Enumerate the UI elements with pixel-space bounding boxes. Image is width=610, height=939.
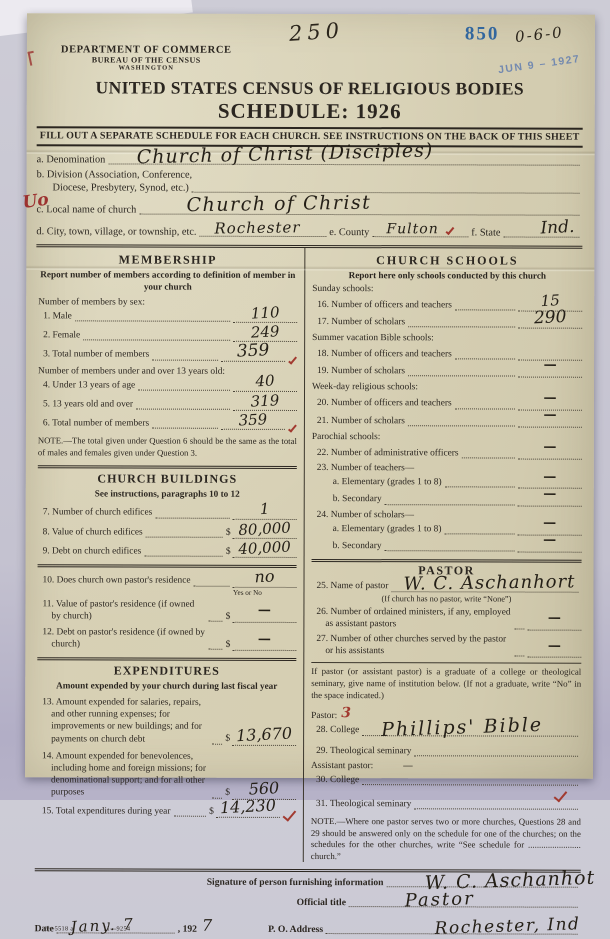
buildings-subtitle: See instructions, paragraphs 10 to 12 <box>38 488 297 500</box>
handwritten-code: 0-6-0 <box>514 23 564 46</box>
q9-answer: 40,000 <box>233 547 297 558</box>
q3-answer: 359 <box>221 350 285 361</box>
red-margin-tick <box>28 51 37 66</box>
q3-row: 3. Total number of members 359 <box>38 349 297 362</box>
census-form-page: Uo 250 850 0-6-0 DEPARTMENT OF COMMERCE … <box>25 13 595 778</box>
yes-no-hint: Yes or No <box>215 588 279 596</box>
q18-row: 18. Number of officers and teachers <box>312 348 582 361</box>
q26-row: 26. Number of ordained ministers, if any… <box>311 606 581 631</box>
agency-line: BUREAU OF THE CENSUS <box>61 55 232 64</box>
expenditures-title: EXPENDITURES <box>37 664 296 680</box>
date-received-stamp: JUN 9 – 1927 <box>498 53 582 76</box>
q6-row: 6. Total number of members 359 <box>38 417 297 430</box>
q24a-row: a. Elementary (grades 1 to 8) — <box>312 523 582 536</box>
q9-row: 9. Debt on church edifices $ 40,000 <box>38 545 297 558</box>
q6-answer: 359 <box>221 419 285 430</box>
agency-line: DEPARTMENT OF COMMERCE <box>61 44 232 55</box>
schools-group-heading: Summer vacation Bible schools: <box>312 333 582 344</box>
membership-title: MEMBERSHIP <box>38 252 297 268</box>
red-check-icon <box>288 355 297 364</box>
q19-row: 19. Number of scholars — <box>312 365 582 378</box>
q22-answer: — <box>518 449 582 460</box>
field-label: Diocese, Presbytery, Synod, etc.) <box>37 182 189 193</box>
q30-row: 30. College <box>311 774 581 787</box>
membership-note: NOTE.—The total given under Question 6 s… <box>38 436 297 459</box>
form-subtitle: SCHEDULE: 1926 <box>37 98 583 124</box>
section-divider <box>37 658 296 662</box>
q24b-row: b. Secondary — <box>312 540 582 553</box>
field-city-county-state: d. City, town, village, or township, etc… <box>36 226 582 238</box>
q26-answer: — <box>527 620 581 631</box>
red-annotation-number: 3 <box>341 704 351 722</box>
field-label: b. Division (Association, Conference, <box>37 169 193 180</box>
red-check-icon <box>446 226 455 235</box>
section-divider <box>38 465 297 469</box>
printed-serial-number: 850 <box>465 23 500 45</box>
schools-group-heading: Week-day religious schools: <box>312 382 582 393</box>
q11-row: 11. Value of pastor's residence (if owne… <box>37 598 296 623</box>
q14-row: 14. Amount expended for benevolences, in… <box>37 750 296 800</box>
q24-row: 24. Number of scholars— <box>312 509 582 522</box>
left-column: MEMBERSHIP Report number of members acco… <box>35 247 306 800</box>
buildings-title: CHURCH BUILDINGS <box>38 471 297 487</box>
q4-row: 4. Under 13 years of age 40 <box>38 379 297 392</box>
q7-row: 7. Number of church edifices 1 <box>38 507 297 520</box>
q10-answer: no <box>232 576 296 587</box>
q17-row: 17. Number of scholars 290 <box>312 316 582 329</box>
q29-row: 29. Theological seminary <box>311 745 581 758</box>
field-label: a. Denomination <box>37 154 106 165</box>
form-body-columns: MEMBERSHIP Report number of members acco… <box>35 244 583 800</box>
city-value: Rochester <box>214 218 300 237</box>
section-divider <box>311 662 581 664</box>
right-column: CHURCH SCHOOLS Report here only schools … <box>304 248 583 800</box>
local-name-value: Church of Christ <box>186 192 371 217</box>
field-label: c. Local name of church <box>36 204 136 215</box>
q17-answer: 290 <box>518 317 582 328</box>
q12-row: 12. Debt on pastor's residence (if owned… <box>37 626 296 651</box>
agency-line: WASHINGTON <box>61 64 232 71</box>
q27-answer: — <box>527 647 581 658</box>
q23b-row: b. Secondary — <box>312 493 582 506</box>
expenditures-subtitle: Amount expended by your church during la… <box>37 681 296 693</box>
state-value: Ind. <box>540 217 575 239</box>
q5-row: 5. 13 years old and over 319 <box>38 398 297 411</box>
q21-answer: — <box>518 416 582 427</box>
q22-row: 22. Number of administrative officers — <box>312 447 582 460</box>
q19-answer: — <box>518 367 582 378</box>
form-title: UNITED STATES CENSUS OF RELIGIOUS BODIES <box>37 77 583 99</box>
q13-row: 13. Amount expended for salaries, repair… <box>37 696 296 746</box>
schools-title: CHURCH SCHOOLS <box>312 253 582 269</box>
q28-row: 28. College Phillips' Bible <box>311 724 581 737</box>
q23b-answer: — <box>518 495 582 506</box>
form-header: 250 850 0-6-0 DEPARTMENT OF COMMERCE BUR… <box>37 17 583 144</box>
field-division: b. Division (Association, Conference, <box>37 169 583 181</box>
graduate-paragraph: If pastor (or assistant pastor) is a gra… <box>311 666 581 701</box>
field-label: e. County <box>329 227 369 238</box>
q21-row: 21. Number of scholars — <box>312 415 582 428</box>
assistant-pastor-heading: Assistant pastor: — <box>311 760 581 773</box>
q27-row: 27. Number of other churches served by t… <box>311 633 581 658</box>
q4-answer: 40 <box>233 381 297 392</box>
agency-block: DEPARTMENT OF COMMERCE BUREAU OF THE CEN… <box>61 44 232 71</box>
field-local-name: c. Local name of church Church of Christ <box>36 204 582 216</box>
field-label: f. State <box>471 227 500 238</box>
field-denomination: a. Denomination Church of Christ (Discip… <box>37 154 583 166</box>
college-value: Phillips' Bible <box>381 713 544 743</box>
q10-row: 10. Does church own pastor's residence n… <box>37 575 296 588</box>
q8-row: 8. Value of church edifices $ 80,000 <box>38 526 297 539</box>
q12-answer: — <box>232 640 296 651</box>
q11-answer: — <box>232 612 296 623</box>
county-value: Fulton <box>386 221 438 237</box>
q1-answer: 110 <box>233 312 297 323</box>
schools-subtitle: Report here only schools conducted by th… <box>312 270 582 282</box>
handwritten-number: 250 <box>288 18 345 46</box>
pastor-name-value: W. C. Aschanhort <box>403 570 575 596</box>
membership-subtitle: Report number of members according to de… <box>38 269 297 293</box>
field-label: d. City, town, village, or township, etc… <box>36 226 196 237</box>
q13-answer: 13,670 <box>232 735 296 746</box>
q23a-row: a. Elementary (grades 1 to 8) — <box>312 476 582 489</box>
red-check-icon <box>288 424 297 433</box>
q1-row: 1. Male 110 <box>38 310 297 323</box>
q24b-answer: — <box>518 542 582 553</box>
schools-group-heading: Parochial schools: <box>312 432 582 443</box>
q25-row: 25. Name of pastor W. C. Aschanhort <box>311 580 581 593</box>
q20-row: 20. Number of officers and teachers — <box>312 397 582 410</box>
q23-row: 23. Number of teachers— <box>312 462 582 475</box>
